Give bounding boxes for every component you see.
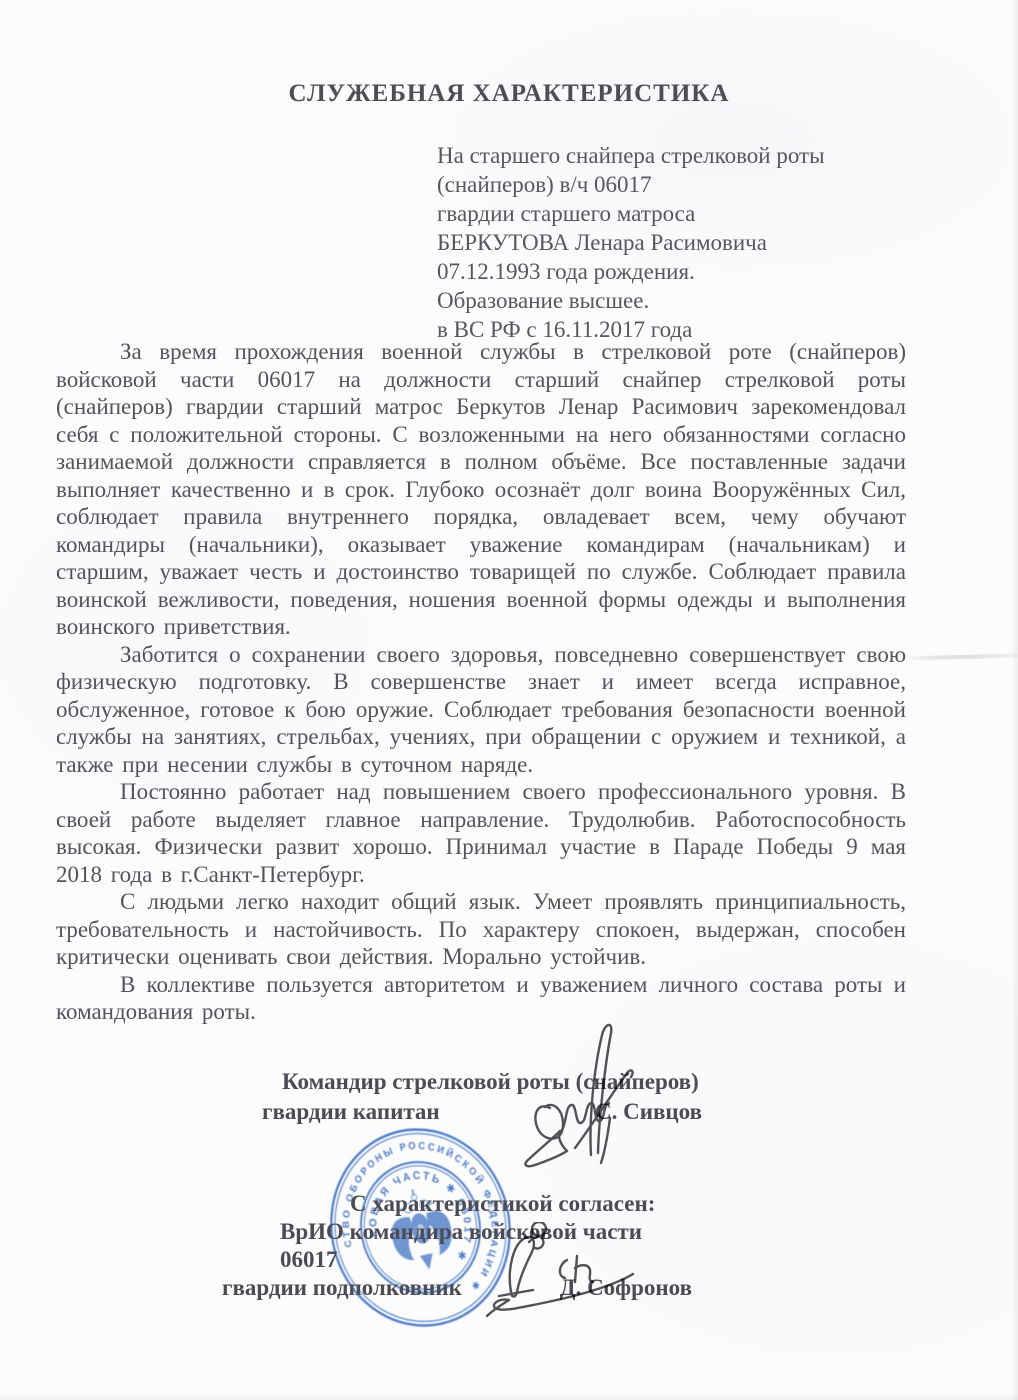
addressee-line: БЕРКУТОВА Ленара Расимовича [437,228,887,257]
ink-stroke [532,1222,546,1236]
ink-stroke [510,1237,534,1297]
scan-crease-artifact [900,653,1018,660]
document-body: За время прохождения военной службы в ст… [56,338,906,1026]
addressee-line: 07.12.1993 года рождения. [437,257,887,286]
body-paragraph: В коллективе пользуется авторитетом и ув… [56,971,906,1026]
scan-edge-shadow [0,1394,1018,1400]
body-paragraph: За время прохождения военной службы в ст… [56,338,906,641]
addressee-line: (снайперов) в/ч 06017 [437,170,887,199]
ink-stroke [560,1260,567,1278]
addressee-line: гвардии старшего матроса [437,199,887,228]
agreement-heading: С характеристикой согласен: [222,1190,692,1218]
ink-stroke [601,1118,610,1163]
body-paragraph: Заботится о сохранении своего здоровья, … [56,641,906,779]
ink-stroke [575,1265,593,1282]
document-title: СЛУЖЕБНАЯ ХАРАКТЕРИСТИКА [0,80,1018,108]
signature-sofronov-ink [483,1222,668,1317]
addressee-line: На старшего снайпера стрелковой роты [437,141,887,170]
commander-rank-line: гвардии капитан [262,1097,440,1127]
scan-edge-shadow [1011,0,1018,1400]
body-paragraph: Постоянно работает над повышением своего… [56,778,906,888]
ink-stroke [525,1131,567,1166]
addressee-line: Образование высшее. [437,286,887,315]
agreement-rank-line: гвардии подполковник [222,1274,462,1302]
document-page: СЛУЖЕБНАЯ ХАРАКТЕРИСТИКА На старшего сна… [0,0,1018,1400]
signature-sivtsov-ink [505,1013,635,1168]
addressee-block: На старшего снайпера стрелковой роты (сн… [437,141,887,344]
commander-position-line: Командир стрелковой роты (снайперов) [262,1067,702,1097]
body-paragraph: С людьми легко находит общий язык. Умеет… [56,888,906,971]
